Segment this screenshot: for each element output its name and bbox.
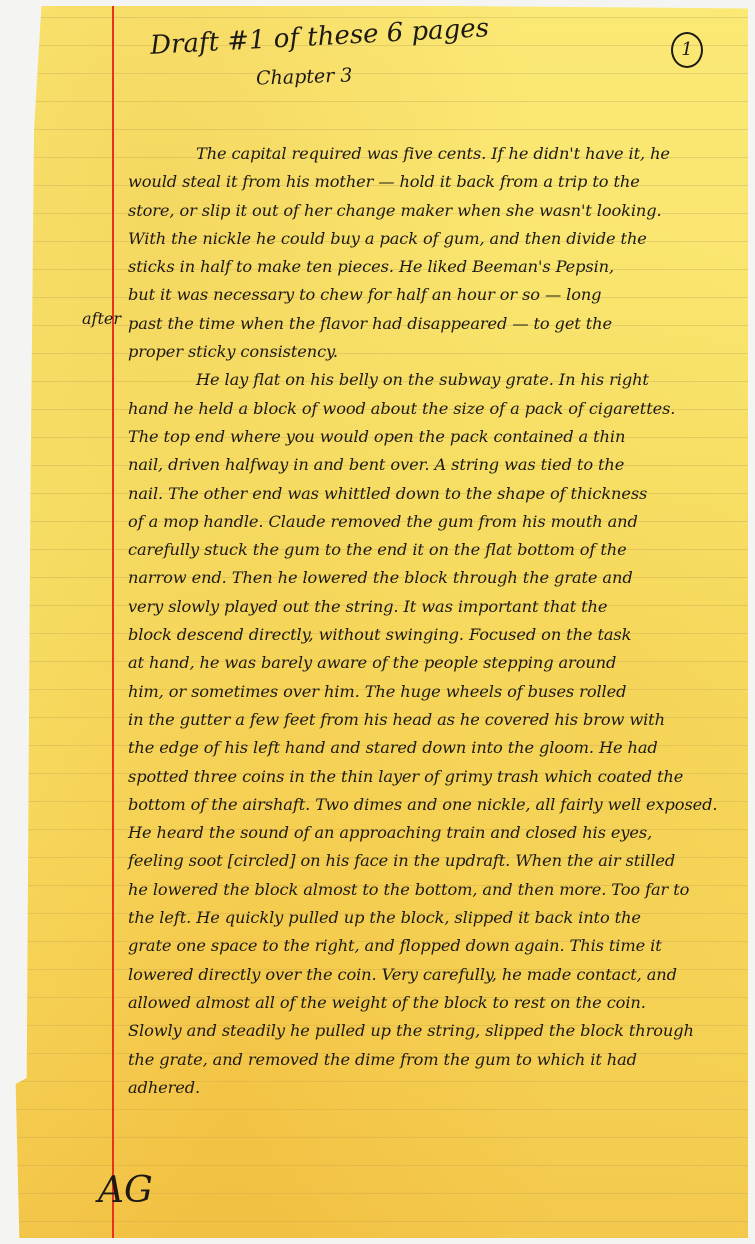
manuscript-line: proper sticky consistency.	[128, 338, 738, 366]
margin-note: after	[82, 309, 121, 328]
manuscript-line: the edge of his left hand and stared dow…	[128, 734, 738, 762]
manuscript-line: Slowly and steadily he pulled up the str…	[128, 1017, 738, 1045]
manuscript-line: he lowered the block almost to the botto…	[128, 876, 738, 904]
manuscript-line: hand he held a block of wood about the s…	[128, 395, 738, 423]
manuscript-body: The capital required was five cents. If …	[128, 140, 738, 1102]
author-initials-signature: AG	[98, 1170, 153, 1211]
manuscript-line: carefully stuck the gum to the end it on…	[128, 536, 738, 564]
manuscript-line: of a mop handle. Claude removed the gum …	[128, 508, 738, 536]
manuscript-line: at hand, he was barely aware of the peop…	[128, 649, 738, 677]
manuscript-line: feeling soot [circled] on his face in th…	[128, 847, 738, 875]
manuscript-line: The top end where you would open the pac…	[128, 423, 738, 451]
manuscript-line: in the gutter a few feet from his head a…	[128, 706, 738, 734]
chapter-label: Chapter 3	[256, 64, 353, 89]
red-margin-line	[112, 6, 114, 1238]
manuscript-line: would steal it from his mother — hold it…	[128, 168, 738, 196]
manuscript-line: grate one space to the right, and floppe…	[128, 932, 738, 960]
manuscript-line: adhered.	[128, 1074, 738, 1102]
manuscript-line: past the time when the flavor had disapp…	[128, 310, 738, 338]
manuscript-line: He lay flat on his belly on the subway g…	[128, 366, 738, 394]
manuscript-line: nail. The other end was whittled down to…	[128, 480, 738, 508]
manuscript-line: lowered directly over the coin. Very car…	[128, 961, 738, 989]
manuscript-line: but it was necessary to chew for half an…	[128, 281, 738, 309]
manuscript-line: narrow end. Then he lowered the block th…	[128, 564, 738, 592]
manuscript-line: bottom of the airshaft. Two dimes and on…	[128, 791, 738, 819]
manuscript-line: sticks in half to make ten pieces. He li…	[128, 253, 738, 281]
manuscript-line: He heard the sound of an approaching tra…	[128, 819, 738, 847]
manuscript-line: allowed almost all of the weight of the …	[128, 989, 738, 1017]
manuscript-line: With the nickle he could buy a pack of g…	[128, 225, 738, 253]
manuscript-line: him, or sometimes over him. The huge whe…	[128, 678, 738, 706]
manuscript-line: the left. He quickly pulled up the block…	[128, 904, 738, 932]
manuscript-line: block descend directly, without swinging…	[128, 621, 738, 649]
manuscript-line: The capital required was five cents. If …	[128, 140, 738, 168]
manuscript-line: spotted three coins in the thin layer of…	[128, 763, 738, 791]
manuscript-line: nail, driven halfway in and bent over. A…	[128, 451, 738, 479]
page-number-circled: 1	[671, 32, 703, 68]
manuscript-line: store, or slip it out of her change make…	[128, 197, 738, 225]
manuscript-line: very slowly played out the string. It wa…	[128, 593, 738, 621]
manuscript-line: the grate, and removed the dime from the…	[128, 1046, 738, 1074]
